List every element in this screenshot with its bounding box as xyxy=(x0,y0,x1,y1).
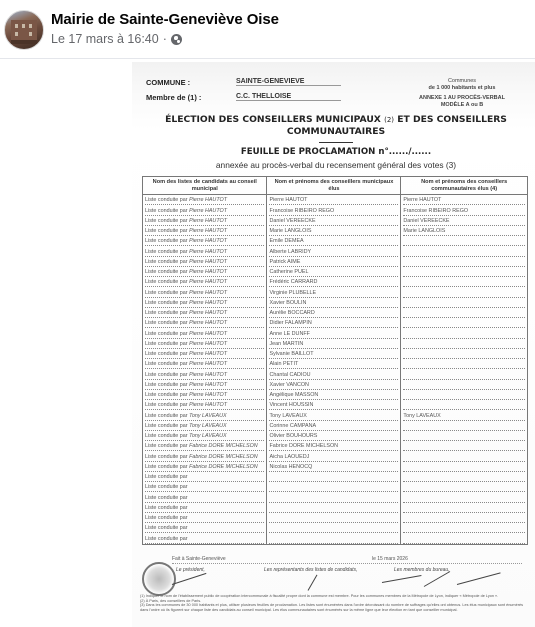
list-leader: Pierre HAUTOT xyxy=(189,279,227,285)
list-name: Liste conduite par Pierre HAUTOT xyxy=(145,237,264,246)
list-cell: Liste conduite par Tony LAVEAUX xyxy=(143,410,267,420)
communautaire-cell xyxy=(401,492,528,502)
communautaire-elected xyxy=(403,494,525,503)
list-prefix: Liste conduite par xyxy=(145,279,188,285)
post-timestamp[interactable]: Le 17 mars à 16:40 xyxy=(51,32,159,46)
list-cell: Liste conduite par Pierre HAUTOT xyxy=(143,390,267,400)
signature-president xyxy=(172,573,207,585)
list-cell: Liste conduite par Fabrice DORE MICHELSO… xyxy=(143,441,267,451)
communautaire-elected xyxy=(403,514,525,523)
communautaire-elected xyxy=(403,422,525,431)
communautaire-elected xyxy=(403,463,525,472)
municipal-elected: Jean MARTIN xyxy=(269,340,398,349)
municipal-elected: Corinne CAMPANA xyxy=(269,422,398,431)
list-prefix: Liste conduite par xyxy=(145,433,188,439)
municipal-cell: Patrick AIME xyxy=(267,257,401,267)
municipal-cell xyxy=(267,482,401,492)
list-prefix: Liste conduite par xyxy=(145,208,188,214)
communautaire-elected xyxy=(403,309,525,318)
municipal-cell: Corinne CAMPANA xyxy=(267,421,401,431)
communautaire-elected xyxy=(403,330,525,339)
communautaire-elected: Francoise RIBEIRO REGO xyxy=(403,207,525,216)
list-prefix: Liste conduite par xyxy=(145,361,188,367)
membre-value: C.C. THELLOISE xyxy=(236,93,341,101)
communautaire-cell: Daniel VEREECKE xyxy=(401,216,528,226)
list-prefix: Liste conduite par xyxy=(145,372,188,378)
communautaire-elected xyxy=(403,483,525,492)
list-name: Liste conduite par Pierre HAUTOT xyxy=(145,319,264,328)
list-leader: Tony LAVEAUX xyxy=(189,413,227,419)
list-name: Liste conduite par xyxy=(145,483,264,492)
table-row: Liste conduite par Fabrice DORE MICHELSO… xyxy=(143,441,528,451)
mairie-stamp xyxy=(142,562,176,596)
table-row: Liste conduite par Pierre HAUTOTChantal … xyxy=(143,369,528,379)
list-prefix: Liste conduite par xyxy=(145,495,188,501)
table-row: Liste conduite par Pierre HAUTOTAurélie … xyxy=(143,308,528,318)
table-row: Liste conduite par Pierre HAUTOTVincent … xyxy=(143,400,528,410)
municipal-cell xyxy=(267,523,401,533)
communautaire-elected xyxy=(403,453,525,462)
list-cell: Liste conduite par Pierre HAUTOT xyxy=(143,267,267,277)
communautaire-elected xyxy=(403,299,525,308)
municipal-elected: Marie LANGLOIS xyxy=(269,227,398,236)
signature-membre-2 xyxy=(424,571,450,587)
communautaire-cell xyxy=(401,287,528,297)
communautaire-cell xyxy=(401,318,528,328)
municipal-cell xyxy=(267,513,401,523)
municipal-cell: Vincent HOUSSIN xyxy=(267,400,401,410)
list-prefix: Liste conduite par xyxy=(145,269,188,275)
list-name: Liste conduite par Pierre HAUTOT xyxy=(145,360,264,369)
table-row: Liste conduite par Pierre HAUTOTXavier V… xyxy=(143,380,528,390)
list-cell: Liste conduite par xyxy=(143,503,267,513)
list-cell: Liste conduite par Pierre HAUTOT xyxy=(143,308,267,318)
municipal-cell xyxy=(267,503,401,513)
list-cell: Liste conduite par xyxy=(143,482,267,492)
list-cell: Liste conduite par Tony LAVEAUX xyxy=(143,431,267,441)
municipal-elected xyxy=(269,514,398,523)
list-name: Liste conduite par Pierre HAUTOT xyxy=(145,401,264,410)
list-cell: Liste conduite par Pierre HAUTOT xyxy=(143,328,267,338)
municipal-cell: Olivier BOUHOURS xyxy=(267,431,401,441)
communautaire-cell: Pierre HAUTOT xyxy=(401,195,528,206)
communautaire-cell xyxy=(401,472,528,482)
municipal-elected: Chantal CADIOU xyxy=(269,371,398,380)
list-prefix: Liste conduite par xyxy=(145,484,188,490)
communautaire-cell xyxy=(401,421,528,431)
communautaire-elected xyxy=(403,504,525,513)
list-leader: Pierre HAUTOT xyxy=(189,249,227,255)
municipal-elected: Aurélie BOCCARD xyxy=(269,309,398,318)
communautaire-cell xyxy=(401,369,528,379)
table-row: Liste conduite par Pierre HAUTOTPatrick … xyxy=(143,257,528,267)
list-cell: Liste conduite par xyxy=(143,533,267,544)
communautaire-cell xyxy=(401,380,528,390)
communautaire-elected xyxy=(403,381,525,390)
municipal-elected: Angélique MASSON xyxy=(269,391,398,400)
communautaire-cell xyxy=(401,431,528,441)
communautaire-cell xyxy=(401,533,528,544)
communautaire-elected xyxy=(403,350,525,359)
sign-representants: Les représentants des listes de candidat… xyxy=(264,567,357,573)
table-row: Liste conduite par xyxy=(143,482,528,492)
municipal-elected: Virginie PLUBELLE xyxy=(269,289,398,298)
communautaire-cell xyxy=(401,523,528,533)
list-prefix: Liste conduite par xyxy=(145,474,188,480)
list-leader: Pierre HAUTOT xyxy=(189,320,227,326)
list-cell: Liste conduite par Pierre HAUTOT xyxy=(143,369,267,379)
municipal-elected: Anne LE DUNFF xyxy=(269,330,398,339)
list-name: Liste conduite par Pierre HAUTOT xyxy=(145,309,264,318)
list-name: Liste conduite par Fabrice DORE MICHELSO… xyxy=(145,453,264,462)
municipal-elected: Tony LAVEAUX xyxy=(269,412,398,421)
communautaire-cell: Tony LAVEAUX xyxy=(401,410,528,420)
list-name: Liste conduite par Pierre HAUTOT xyxy=(145,299,264,308)
municipal-elected: Patrick AIME xyxy=(269,258,398,267)
list-leader: Tony LAVEAUX xyxy=(189,433,227,439)
municipal-cell: Aurélie BOCCARD xyxy=(267,308,401,318)
title-part-1: ÉLECTION DES CONSEILLERS MUNICIPAUX xyxy=(165,114,381,125)
list-name: Liste conduite par Pierre HAUTOT xyxy=(145,207,264,216)
signature-membre-3 xyxy=(457,572,501,585)
table-row: Liste conduite par Pierre HAUTOTJean MAR… xyxy=(143,339,528,349)
municipal-cell: Alain PETIT xyxy=(267,359,401,369)
list-name: Liste conduite par Pierre HAUTOT xyxy=(145,268,264,277)
sign-membres: Les membres du bureau, xyxy=(394,567,450,573)
list-cell: Liste conduite par Pierre HAUTOT xyxy=(143,236,267,246)
post-header: Mairie de Sainte-Geneviève Oise Le 17 ma… xyxy=(0,0,535,56)
municipal-cell: Nicolas HENOCQ xyxy=(267,462,401,472)
list-cell: Liste conduite par xyxy=(143,472,267,482)
list-name: Liste conduite par Pierre HAUTOT xyxy=(145,227,264,236)
municipal-cell: Alberte LABRIDY xyxy=(267,246,401,256)
municipal-elected: Catherine PUEL xyxy=(269,268,398,277)
list-name: Liste conduite par xyxy=(145,524,264,533)
list-leader: Pierre HAUTOT xyxy=(189,290,227,296)
municipal-cell xyxy=(267,533,401,544)
municipal-cell: Angélique MASSON xyxy=(267,390,401,400)
list-prefix: Liste conduite par xyxy=(145,536,188,542)
communautaire-elected: Tony LAVEAUX xyxy=(403,412,525,421)
list-cell: Liste conduite par xyxy=(143,492,267,502)
footnotes: (1) Indiquer le nom de l'établissement p… xyxy=(140,594,530,612)
list-name: Liste conduite par xyxy=(145,514,264,523)
header-lists: Nom des listes de candidats au conseil m… xyxy=(143,177,267,195)
header-municipal: Nom et prénoms des conseillers municipau… xyxy=(267,177,401,195)
list-cell: Liste conduite par xyxy=(143,513,267,523)
table-row: Liste conduite par Pierre HAUTOTAnne LE … xyxy=(143,328,528,338)
list-name: Liste conduite par Pierre HAUTOT xyxy=(145,278,264,287)
list-name: Liste conduite par Tony LAVEAUX xyxy=(145,412,264,421)
list-prefix: Liste conduite par xyxy=(145,351,188,357)
list-leader: Pierre HAUTOT xyxy=(189,269,227,275)
municipal-elected xyxy=(269,483,398,492)
list-name: Liste conduite par Pierre HAUTOT xyxy=(145,350,264,359)
list-name: Liste conduite par Pierre HAUTOT xyxy=(145,248,264,257)
list-name: Liste conduite par Pierre HAUTOT xyxy=(145,391,264,400)
list-cell: Liste conduite par Pierre HAUTOT xyxy=(143,359,267,369)
globe-icon[interactable] xyxy=(171,34,182,45)
list-leader: Fabrice DORE MICHELSON xyxy=(189,464,258,470)
municipal-cell: Sylvanie BAILLOT xyxy=(267,349,401,359)
communautaire-cell xyxy=(401,298,528,308)
list-cell: Liste conduite par Pierre HAUTOT xyxy=(143,380,267,390)
table-row: Liste conduite par Pierre HAUTOTXavier B… xyxy=(143,298,528,308)
municipal-elected xyxy=(269,524,398,533)
list-prefix: Liste conduite par xyxy=(145,341,188,347)
communautaire-cell xyxy=(401,503,528,513)
municipal-cell: Jean MARTIN xyxy=(267,339,401,349)
list-name: Liste conduite par Pierre HAUTOT xyxy=(145,258,264,267)
list-cell: Liste conduite par Pierre HAUTOT xyxy=(143,205,267,215)
meta-separator: · xyxy=(163,32,167,46)
membre-label: Membre de (1) : xyxy=(146,93,201,102)
communautaire-cell: Marie LANGLOIS xyxy=(401,226,528,236)
list-name: Liste conduite par Pierre HAUTOT xyxy=(145,289,264,298)
municipal-elected: Daniel VEREECKE xyxy=(269,217,398,226)
commune-value: SAINTE-GENEVIEVE xyxy=(236,78,341,86)
list-cell: Liste conduite par Pierre HAUTOT xyxy=(143,216,267,226)
communautaire-elected: Pierre HAUTOT xyxy=(403,196,525,205)
communautaire-cell xyxy=(401,267,528,277)
list-prefix: Liste conduite par xyxy=(145,320,188,326)
list-prefix: Liste conduite par xyxy=(145,249,188,255)
municipal-elected: Pierre HAUTOT xyxy=(269,196,398,205)
list-leader: Tony LAVEAUX xyxy=(189,423,227,429)
list-leader: Pierre HAUTOT xyxy=(189,361,227,367)
list-name: Liste conduite par Fabrice DORE MICHELSO… xyxy=(145,463,264,472)
communautaire-elected xyxy=(403,473,525,482)
communautaire-elected xyxy=(403,401,525,410)
list-leader: Pierre HAUTOT xyxy=(189,228,227,234)
communautaire-cell xyxy=(401,277,528,287)
municipal-cell: Pierre HAUTOT xyxy=(267,195,401,206)
header-communautaire: Nom et prénoms des conseillers communaut… xyxy=(401,177,528,195)
table-row: Liste conduite par Pierre HAUTOTFrédéric… xyxy=(143,277,528,287)
list-leader: Pierre HAUTOT xyxy=(189,218,227,224)
list-cell: Liste conduite par Tony LAVEAUX xyxy=(143,421,267,431)
municipal-elected xyxy=(269,535,398,544)
annex-line-1: Communes xyxy=(402,78,522,85)
list-leader: Pierre HAUTOT xyxy=(189,392,227,398)
list-prefix: Liste conduite par xyxy=(145,402,188,408)
communautaire-elected xyxy=(403,268,525,277)
proclamation-table: Nom des listes de candidats au conseil m… xyxy=(142,176,528,545)
list-name: Liste conduite par Pierre HAUTOT xyxy=(145,371,264,380)
list-cell: Liste conduite par Pierre HAUTOT xyxy=(143,195,267,206)
footnote-1: (1) Indiquer le nom de l'établissement p… xyxy=(140,594,530,599)
municipal-elected xyxy=(269,473,398,482)
municipal-cell xyxy=(267,472,401,482)
communautaire-elected xyxy=(403,289,525,298)
list-prefix: Liste conduite par xyxy=(145,300,188,306)
communautaire-elected: Marie LANGLOIS xyxy=(403,227,525,236)
communautaire-elected xyxy=(403,258,525,267)
communautaire-cell xyxy=(401,441,528,451)
title-note: (2) xyxy=(384,116,394,124)
communautaire-elected xyxy=(403,248,525,257)
list-cell: Liste conduite par Pierre HAUTOT xyxy=(143,298,267,308)
communautaire-elected xyxy=(403,524,525,533)
list-name: Liste conduite par Tony LAVEAUX xyxy=(145,432,264,441)
list-cell: Liste conduite par Fabrice DORE MICHELSO… xyxy=(143,451,267,461)
communautaire-cell xyxy=(401,359,528,369)
municipal-cell: Francoise RIBEIRO REGO xyxy=(267,205,401,215)
table-row: Liste conduite par Pierre HAUTOTVirginie… xyxy=(143,287,528,297)
communautaire-cell: Francoise RIBEIRO REGO xyxy=(401,205,528,215)
list-prefix: Liste conduite par xyxy=(145,259,188,265)
list-prefix: Liste conduite par xyxy=(145,505,188,511)
communautaire-elected xyxy=(403,442,525,451)
list-leader: Pierre HAUTOT xyxy=(189,208,227,214)
municipal-cell: Catherine PUEL xyxy=(267,267,401,277)
table-row: Liste conduite par Pierre HAUTOTAlain PE… xyxy=(143,359,528,369)
list-prefix: Liste conduite par xyxy=(145,218,188,224)
municipal-cell: Tony LAVEAUX xyxy=(267,410,401,420)
building-image xyxy=(11,20,37,44)
municipal-cell: Didier FALAMPIN xyxy=(267,318,401,328)
list-leader: Pierre HAUTOT xyxy=(189,331,227,337)
list-leader: Pierre HAUTOT xyxy=(189,259,227,265)
list-prefix: Liste conduite par xyxy=(145,392,188,398)
list-prefix: Liste conduite par xyxy=(145,423,188,429)
communautaire-cell xyxy=(401,482,528,492)
list-leader: Fabrice DORE MICHELSON xyxy=(189,443,258,449)
list-prefix: Liste conduite par xyxy=(145,238,188,244)
list-name: Liste conduite par xyxy=(145,494,264,503)
municipal-cell: Xavier BOULIN xyxy=(267,298,401,308)
list-cell: Liste conduite par Pierre HAUTOT xyxy=(143,339,267,349)
table-row: Liste conduite par Fabrice DORE MICHELSO… xyxy=(143,451,528,461)
list-prefix: Liste conduite par xyxy=(145,310,188,316)
table-row: Liste conduite par Tony LAVEAUXTony LAVE… xyxy=(143,410,528,420)
communautaire-cell xyxy=(401,339,528,349)
municipal-elected xyxy=(269,494,398,503)
fait-place: Fait à Sainte-Geneviève xyxy=(172,556,226,562)
municipal-cell: Anne LE DUNFF xyxy=(267,328,401,338)
table-row: Liste conduite par Pierre HAUTOTEmile DE… xyxy=(143,236,528,246)
municipal-cell: Emile DEMEA xyxy=(267,236,401,246)
municipal-elected xyxy=(269,504,398,513)
annexee-subtitle: annexée au procès-verbal du recensement … xyxy=(140,160,532,170)
municipal-elected: Alain PETIT xyxy=(269,360,398,369)
list-prefix: Liste conduite par xyxy=(145,413,188,419)
list-name: Liste conduite par Tony LAVEAUX xyxy=(145,422,264,431)
municipal-elected: Emile DEMEA xyxy=(269,237,398,246)
list-leader: Pierre HAUTOT xyxy=(189,372,227,378)
communautaire-elected xyxy=(403,340,525,349)
communautaire-elected xyxy=(403,371,525,380)
fait-date: le 15 mars 2026 xyxy=(372,556,408,562)
communautaire-elected xyxy=(403,360,525,369)
communautaire-elected xyxy=(403,237,525,246)
municipal-elected: Olivier BOUHOURS xyxy=(269,432,398,441)
list-cell: Liste conduite par Pierre HAUTOT xyxy=(143,287,267,297)
table-row: Liste conduite par Pierre HAUTOTSylvanie… xyxy=(143,349,528,359)
municipal-elected: Alberte LABRIDY xyxy=(269,248,398,257)
page-avatar[interactable] xyxy=(4,10,44,50)
commune-label: COMMUNE : xyxy=(146,78,190,87)
communautaire-elected: Daniel VEREECKE xyxy=(403,217,525,226)
list-prefix: Liste conduite par xyxy=(145,464,188,470)
list-prefix: Liste conduite par xyxy=(145,228,188,234)
municipal-elected: Sylvanie BAILLOT xyxy=(269,350,398,359)
municipal-elected: Aicha LAOUEDJ xyxy=(269,453,398,462)
list-prefix: Liste conduite par xyxy=(145,290,188,296)
list-leader: Pierre HAUTOT xyxy=(189,351,227,357)
list-cell: Liste conduite par Pierre HAUTOT xyxy=(143,257,267,267)
table-row: Liste conduite par Pierre HAUTOTMarie LA… xyxy=(143,226,528,236)
municipal-cell: Virginie PLUBELLE xyxy=(267,287,401,297)
table-row: Liste conduite par xyxy=(143,492,528,502)
communautaire-elected xyxy=(403,391,525,400)
list-leader: Pierre HAUTOT xyxy=(189,382,227,388)
list-name: Liste conduite par Fabrice DORE MICHELSO… xyxy=(145,442,264,451)
communautaire-cell xyxy=(401,349,528,359)
municipal-cell: Marie LANGLOIS xyxy=(267,226,401,236)
title-rule xyxy=(319,142,353,143)
list-cell: Liste conduite par Pierre HAUTOT xyxy=(143,318,267,328)
list-prefix: Liste conduite par xyxy=(145,331,188,337)
table-body: Liste conduite par Pierre HAUTOTPierre H… xyxy=(143,195,528,545)
table-row: Liste conduite par Fabrice DORE MICHELSO… xyxy=(143,462,528,472)
municipal-elected: Xavier BOULIN xyxy=(269,299,398,308)
municipal-cell xyxy=(267,492,401,502)
municipal-elected: Francoise RIBEIRO REGO xyxy=(269,207,398,216)
list-name: Liste conduite par Pierre HAUTOT xyxy=(145,340,264,349)
list-prefix: Liste conduite par xyxy=(145,443,188,449)
list-leader: Pierre HAUTOT xyxy=(189,341,227,347)
communautaire-elected xyxy=(403,319,525,328)
list-prefix: Liste conduite par xyxy=(145,525,188,531)
communautaire-cell xyxy=(401,246,528,256)
list-cell: Liste conduite par Pierre HAUTOT xyxy=(143,349,267,359)
municipal-elected: Xavier VANCON xyxy=(269,381,398,390)
municipal-cell: Aicha LAOUEDJ xyxy=(267,451,401,461)
table-row: Liste conduite par Pierre HAUTOTAngéliqu… xyxy=(143,390,528,400)
list-cell: Liste conduite par xyxy=(143,523,267,533)
list-leader: Pierre HAUTOT xyxy=(189,300,227,306)
signature-representant xyxy=(308,575,318,591)
list-leader: Fabrice DORE MICHELSON xyxy=(189,454,258,460)
communautaire-elected xyxy=(403,278,525,287)
list-leader: Pierre HAUTOT xyxy=(189,310,227,316)
list-cell: Liste conduite par Pierre HAUTOT xyxy=(143,246,267,256)
municipal-elected: Vincent HOUSSIN xyxy=(269,401,398,410)
municipal-elected: Didier FALAMPIN xyxy=(269,319,398,328)
municipal-cell: Fabrice DORE MICHELSON xyxy=(267,441,401,451)
table-row: Liste conduite par Pierre HAUTOTAlberte … xyxy=(143,246,528,256)
table-row: Liste conduite par xyxy=(143,533,528,544)
list-prefix: Liste conduite par xyxy=(145,454,188,460)
table-row: Liste conduite par Pierre HAUTOTPierre H… xyxy=(143,195,528,206)
annex-note: Communes de 1 000 habitants et plus ANNE… xyxy=(402,78,522,109)
communautaire-cell xyxy=(401,451,528,461)
list-name: Liste conduite par Pierre HAUTOT xyxy=(145,330,264,339)
municipal-elected: Fabrice DORE MICHELSON xyxy=(269,442,398,451)
page-name-link[interactable]: Mairie de Sainte-Geneviève Oise xyxy=(51,11,279,28)
table-row: Liste conduite par Pierre HAUTOTDidier F… xyxy=(143,318,528,328)
municipal-elected: Frédéric CARRARD xyxy=(269,278,398,287)
list-leader: Pierre HAUTOT xyxy=(189,238,227,244)
list-cell: Liste conduite par Pierre HAUTOT xyxy=(143,226,267,236)
document-header: COMMUNE : SAINTE-GENEVIEVE Membre de (1)… xyxy=(140,76,532,170)
list-prefix: Liste conduite par xyxy=(145,515,188,521)
list-name: Liste conduite par xyxy=(145,473,264,482)
proclamation-document-photo[interactable]: COMMUNE : SAINTE-GENEVIEVE Membre de (1)… xyxy=(132,62,535,627)
signature-membre-1 xyxy=(382,575,422,583)
communautaire-cell xyxy=(401,513,528,523)
